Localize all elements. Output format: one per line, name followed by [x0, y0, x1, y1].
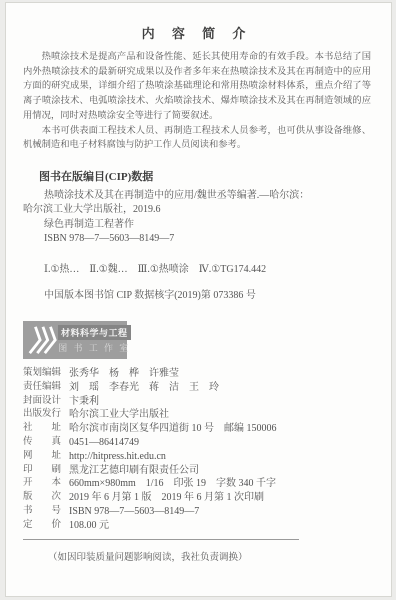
colophon-row-website: 网 址 http://hitpress.hit.edu.cn — [23, 450, 371, 464]
colophon-label: 传 真 — [23, 436, 63, 450]
colophon-label: 网 址 — [23, 450, 63, 464]
colophon-label: 开 本 — [23, 477, 63, 491]
colophon-value: ISBN 978—7—5603—8149—7 — [69, 505, 199, 519]
colophon-label: 书 号 — [23, 505, 63, 519]
colophon-value: 张秀华 杨 桦 许雅莹 — [69, 367, 179, 381]
cip-record-number-line: 中国版本图书馆 CIP 数据核字(2019)第 073386 号 — [44, 286, 371, 301]
footer-divider — [23, 539, 299, 540]
workshop-logo-line2: 图 书 工 作 室 — [58, 341, 130, 354]
colophon-value: http://hitpress.hit.edu.cn — [69, 450, 166, 464]
workshop-logo-line1: 材料科学与工程 — [58, 325, 131, 340]
page-sheet: 内 容 简 介 热喷涂技术是提高产品和设备性能、延长其使用寿命的有效手段。本书总… — [5, 2, 392, 597]
colophon-row-responsible-editor: 责任编辑 刘 瑶 李春光 蒋 洁 王 玲 — [23, 381, 371, 395]
colophon-value: 108.00 元 — [69, 519, 109, 533]
colophon-value: 2019 年 6 月第 1 版 2019 年 6 月第 1 次印刷 — [69, 491, 264, 505]
colophon-row-fax: 传 真 0451—86414749 — [23, 436, 371, 450]
cip-isbn-line: ISBN 978—7—5603—8149—7 — [44, 232, 371, 247]
colophon-value: 刘 瑶 李春光 蒋 洁 王 玲 — [69, 381, 219, 395]
colophon-label: 出版发行 — [23, 408, 63, 422]
colophon-row-planning-editor: 策划编辑 张秀华 杨 桦 许雅莹 — [23, 367, 371, 381]
content-summary-paragraph-1: 热喷涂技术是提高产品和设备性能、延长其使用寿命的有效手段。本书总结了国内外热喷涂… — [23, 50, 371, 124]
cip-heading: 图书在版编目(CIP)数据 — [39, 168, 371, 184]
colophon-value: 660mm×980mm 1/16 印张 19 字数 340 千字 — [69, 477, 276, 491]
colophon-value: 哈尔滨工业大学出版社 — [69, 408, 169, 422]
content-summary-paragraph-2: 本书可供表面工程技术人员、再制造工程技术人员参考，也可供从事设备维修、机械制造和… — [23, 124, 371, 153]
colophon-row-publisher: 出版发行 哈尔滨工业大学出版社 — [23, 408, 371, 422]
cip-classification-line: Ⅰ.①热… Ⅱ.①魏… Ⅲ.①热喷涂 Ⅳ.①TG174.442 — [44, 260, 371, 275]
colophon-row-format: 开 本 660mm×980mm 1/16 印张 19 字数 340 千字 — [23, 477, 371, 491]
colophon-row-price: 定 价 108.00 元 — [23, 519, 371, 533]
colophon-label: 版 次 — [23, 491, 63, 505]
colophon-row-printer: 印 刷 黑龙江艺德印刷有限责任公司 — [23, 464, 371, 478]
colophon-row-address: 社 址 哈尔滨市南岗区复华四道街 10 号 邮编 150006 — [23, 422, 371, 436]
colophon-value: 哈尔滨市南岗区复华四道街 10 号 邮编 150006 — [69, 422, 277, 436]
cip-title-line: 热喷涂技术及其在再制造中的应用/魏世丞等编著.—哈尔滨： — [44, 189, 371, 204]
copyright-page: 内 容 简 介 热喷涂技术是提高产品和设备性能、延长其使用寿命的有效手段。本书总… — [0, 0, 396, 600]
colophon-row-isbn: 书 号 ISBN 978—7—5603—8149—7 — [23, 505, 371, 519]
colophon-label: 策划编辑 — [23, 367, 63, 381]
cip-series-line: 绿色再制造工程著作 — [44, 218, 371, 233]
colophon-label: 定 价 — [23, 519, 63, 533]
colophon-label: 社 址 — [23, 422, 63, 436]
colophon-value: 卞秉利 — [69, 395, 99, 409]
cip-publisher-line: 哈尔滨工业大学出版社，2019.6 — [23, 203, 371, 218]
colophon-label: 责任编辑 — [23, 381, 63, 395]
chevron-arrows-icon — [26, 324, 58, 356]
colophon-label: 印 刷 — [23, 464, 63, 478]
colophon-label: 封面设计 — [23, 395, 63, 409]
workshop-logo-text: 材料科学与工程 图 书 工 作 室 — [58, 325, 131, 354]
quality-exchange-note: （如因印装质量问题影响阅读，我社负责调换） — [48, 549, 371, 563]
colophon-row-cover-design: 封面设计 卞秉利 — [23, 395, 371, 409]
content-summary-title: 内 容 简 介 — [23, 23, 371, 42]
colophon-value: 0451—86414749 — [69, 436, 139, 450]
colophon-row-edition: 版 次 2019 年 6 月第 1 版 2019 年 6 月第 1 次印刷 — [23, 491, 371, 505]
colophon-block: 策划编辑 张秀华 杨 桦 许雅莹 责任编辑 刘 瑶 李春光 蒋 洁 王 玲 封面… — [23, 367, 371, 533]
publisher-workshop-logo: 材料科学与工程 图 书 工 作 室 — [23, 321, 127, 359]
colophon-value: 黑龙江艺德印刷有限责任公司 — [69, 464, 199, 478]
